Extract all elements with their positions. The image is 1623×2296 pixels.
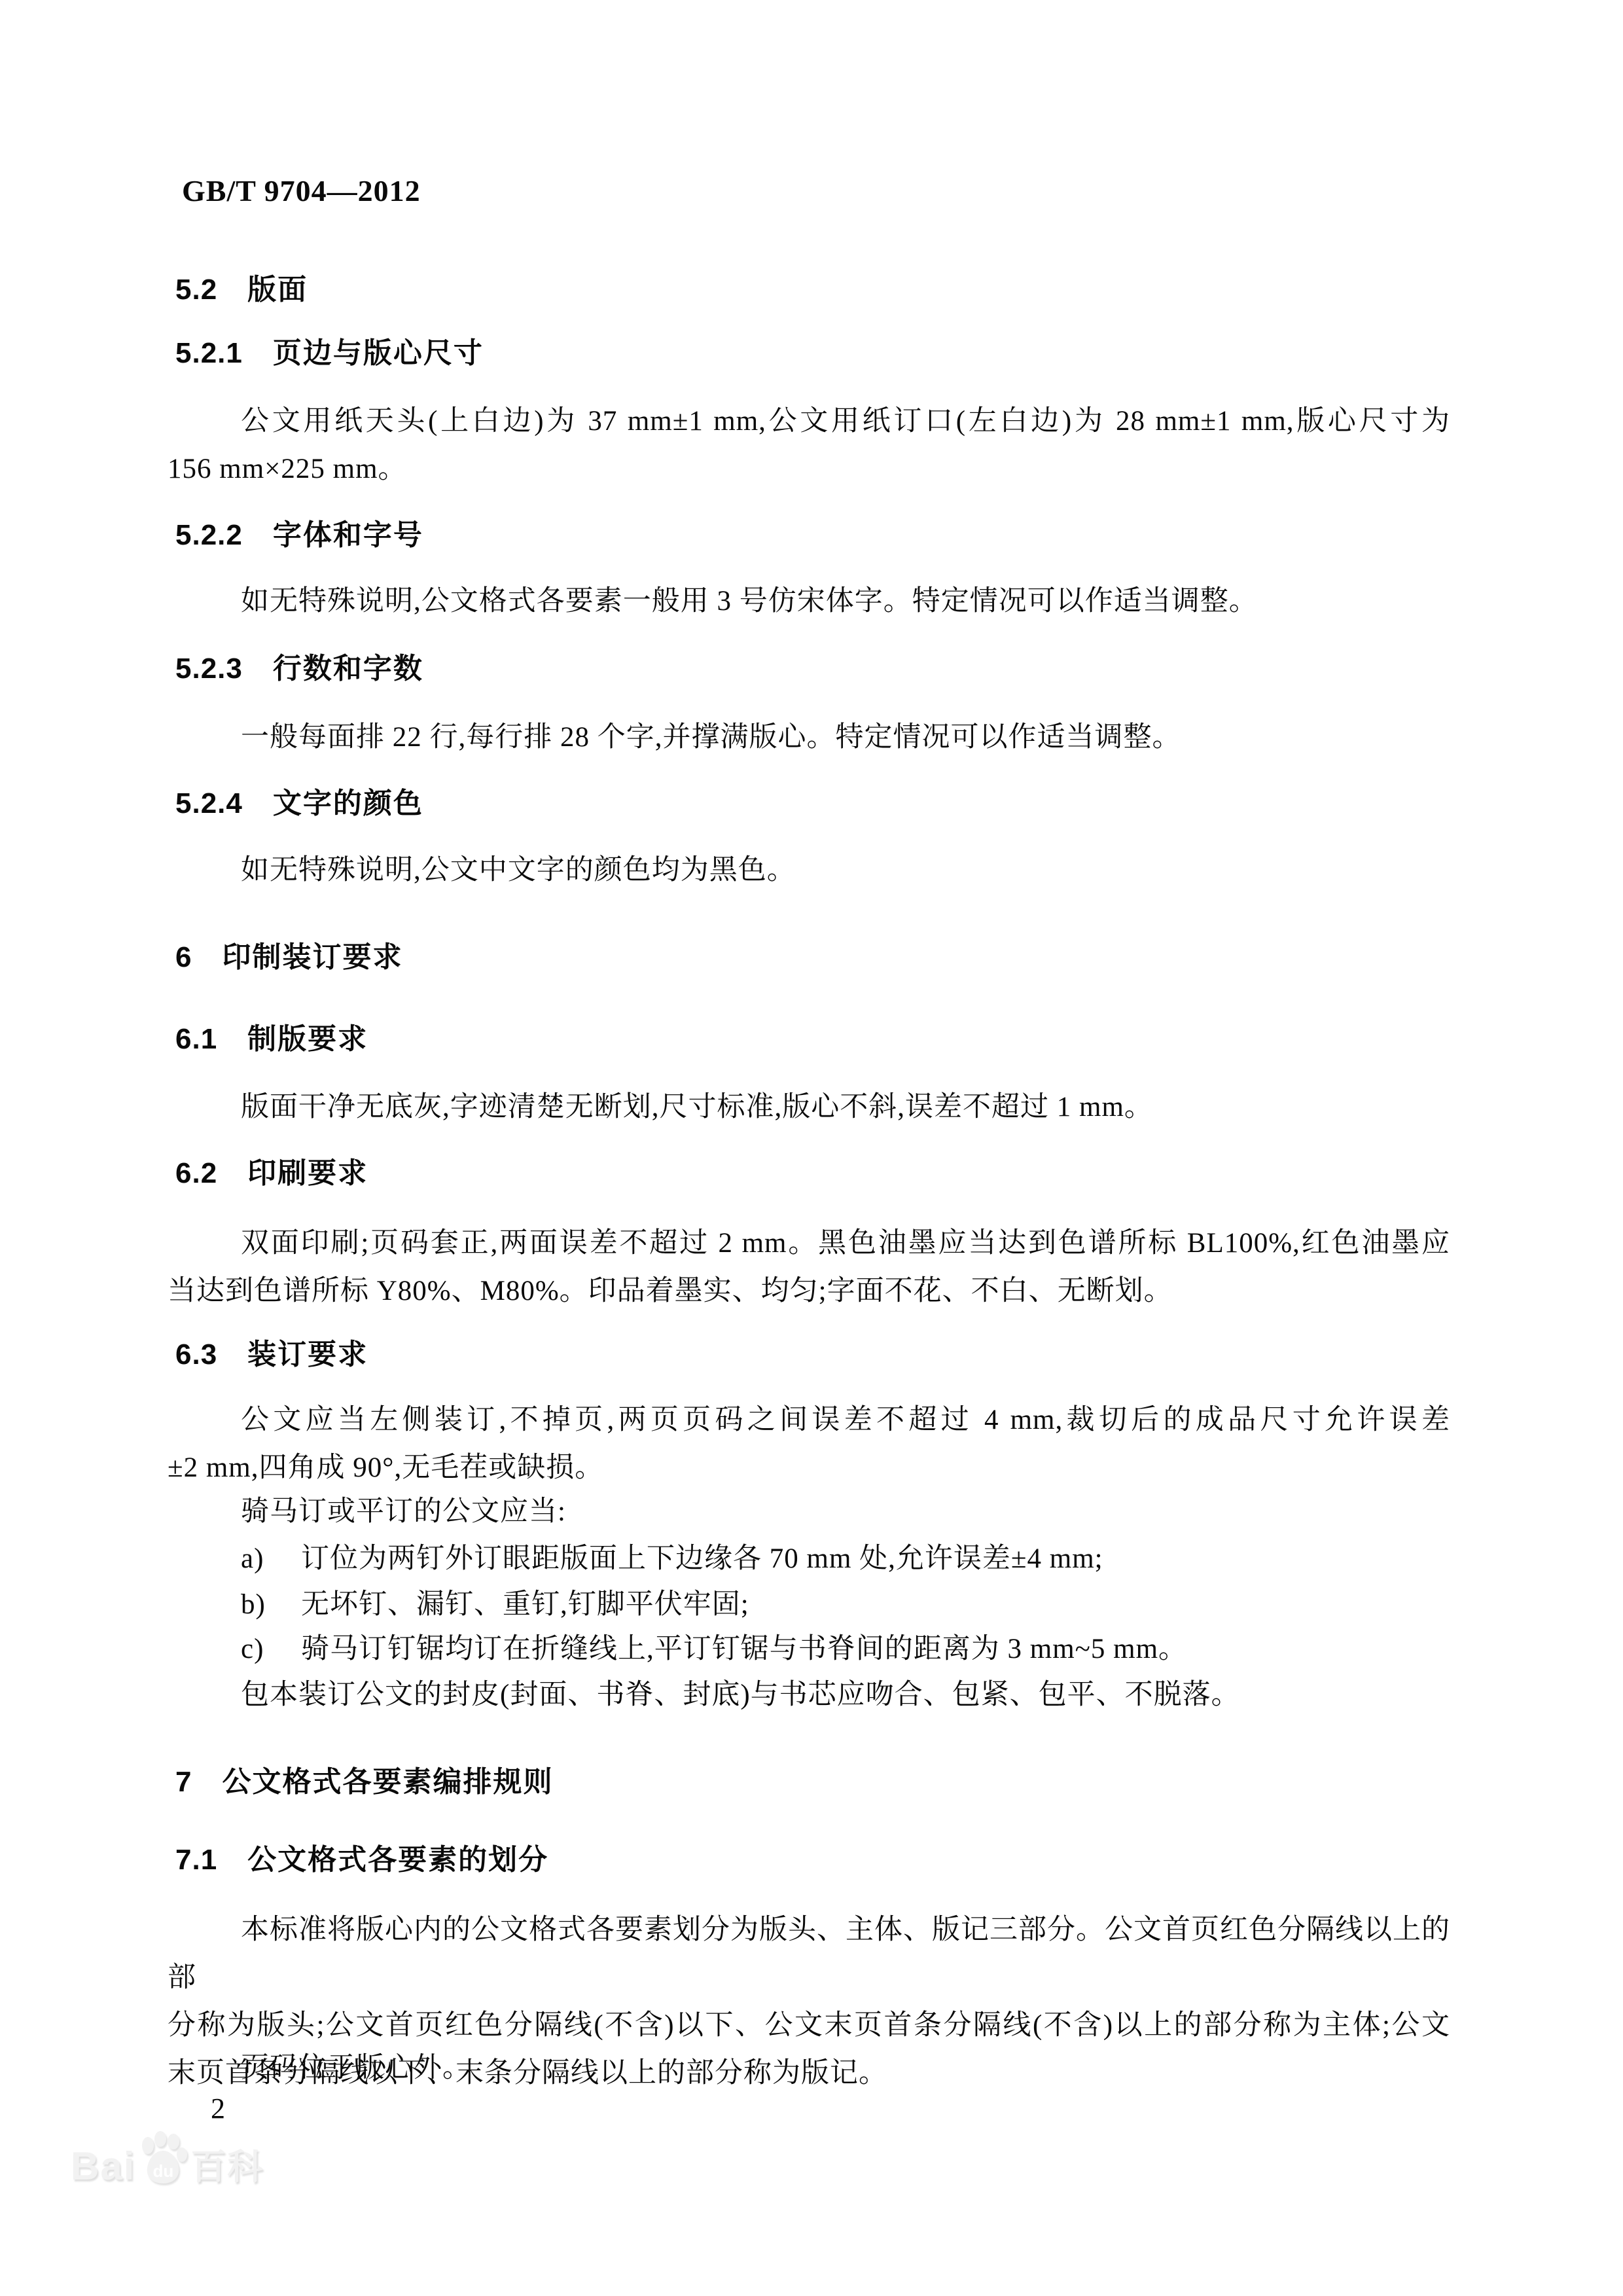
section-heading-5-2-3: 5.2.3行数和字数 bbox=[175, 649, 423, 689]
section-title: 文字的颜色 bbox=[273, 787, 423, 819]
paragraph-line: ±2 mm,四角成 90°,无毛茬或缺损。 bbox=[168, 1444, 1450, 1492]
section-number: 5.2.2 bbox=[175, 516, 243, 555]
list-item-text: 订位为两钉外订眼距版面上下边缘各 70 mm 处,允许误差±4 mm; bbox=[301, 1543, 1103, 1574]
list-item-a: a)订位为两钉外订眼距版面上下边缘各 70 mm 处,允许误差±4 mm; bbox=[168, 1535, 1450, 1583]
section-heading-7: 7公文格式各要素编排规则 bbox=[175, 1763, 553, 1802]
paragraph-line: 如无特殊说明,公文格式各要素一般用 3 号仿宋体字。特定情况可以作适当调整。 bbox=[168, 577, 1450, 625]
paragraph-line: 双面印刷;页码套正,两面误差不超过 2 mm。黑色油墨应当达到色谱所标 BL10… bbox=[168, 1219, 1450, 1267]
section-title: 制版要求 bbox=[247, 1023, 368, 1055]
section-title: 字体和字号 bbox=[273, 519, 423, 551]
section-number: 5.2.3 bbox=[175, 649, 243, 689]
paragraph-text-color: 如无特殊说明,公文中文字的颜色均为黑色。 bbox=[168, 846, 1450, 894]
section-title: 版面 bbox=[247, 274, 308, 306]
watermark-latin-text: Bai bbox=[71, 2147, 135, 2186]
section-heading-6: 6印制装订要求 bbox=[175, 938, 402, 977]
paragraph-line: 当达到色谱所标 Y80%、M80%。印品着墨实、均匀;字面不花、不白、无断划。 bbox=[168, 1267, 1450, 1315]
section-number: 7 bbox=[175, 1763, 192, 1802]
section-heading-5-2-2: 5.2.2字体和字号 bbox=[175, 516, 423, 555]
paragraph-line: 一般每面排 22 行,每行排 28 个字,并撑满版心。特定情况可以作适当调整。 bbox=[168, 713, 1450, 761]
section-number: 5.2.1 bbox=[175, 334, 243, 373]
paragraph-line: 页码位于版心外。 bbox=[168, 2044, 1450, 2092]
standard-number-header: GB/T 9704—2012 bbox=[182, 171, 421, 211]
page-number: 2 bbox=[211, 2089, 225, 2128]
section-number: 7.1 bbox=[175, 1840, 217, 1880]
section-heading-7-1: 7.1公文格式各要素的划分 bbox=[175, 1840, 548, 1880]
paragraph-binding-intro: 骑马订或平订的公文应当: bbox=[168, 1488, 1450, 1535]
section-number: 6.3 bbox=[175, 1335, 217, 1374]
paragraph-line: 公文用纸天头(上白边)为 37 mm±1 mm,公文用纸订口(左白边)为 28 … bbox=[168, 397, 1450, 445]
section-number: 6 bbox=[175, 938, 192, 977]
watermark-cjk-text: 百科 bbox=[190, 2149, 264, 2186]
list-item-label: b) bbox=[241, 1581, 301, 1628]
list-item-label: c) bbox=[241, 1625, 301, 1673]
section-heading-6-3: 6.3装订要求 bbox=[175, 1335, 368, 1374]
paragraph-line: 版面干净无底灰,字迹清楚无断划,尺寸标准,版心不斜,误差不超过 1 mm。 bbox=[168, 1083, 1450, 1131]
paragraph-line: 公文应当左侧装订,不掉页,两页页码之间误差不超过 4 mm,裁切后的成品尺寸允许… bbox=[168, 1396, 1450, 1444]
paragraph-page-margins: 公文用纸天头(上白边)为 37 mm±1 mm,公文用纸订口(左白边)为 28 … bbox=[168, 397, 1450, 493]
paragraph-lines-and-chars: 一般每面排 22 行,每行排 28 个字,并撑满版心。特定情况可以作适当调整。 bbox=[168, 713, 1450, 761]
paragraph-platemaking: 版面干净无底灰,字迹清楚无断划,尺寸标准,版心不斜,误差不超过 1 mm。 bbox=[168, 1083, 1450, 1131]
section-title: 行数和字数 bbox=[273, 653, 423, 685]
paragraph-line: 包本装订公文的封皮(封面、书脊、封底)与书芯应吻合、包紧、包平、不脱落。 bbox=[168, 1671, 1450, 1719]
paragraph-line: 分称为版头;公文首页红色分隔线(不含)以下、公文末页首条分隔线(不含)以上的部分… bbox=[168, 2001, 1450, 2049]
section-heading-6-1: 6.1制版要求 bbox=[175, 1020, 368, 1059]
paragraph-binding: 公文应当左侧装订,不掉页,两页页码之间误差不超过 4 mm,裁切后的成品尺寸允许… bbox=[168, 1396, 1450, 1492]
watermark-du-text: du bbox=[152, 2162, 173, 2179]
baidu-baike-watermark: Bai du 百科 bbox=[71, 2131, 264, 2186]
section-heading-5-2-1: 5.2.1页边与版心尺寸 bbox=[175, 334, 484, 373]
paragraph-cover-binding: 包本装订公文的封皮(封面、书脊、封底)与书芯应吻合、包紧、包平、不脱落。 bbox=[168, 1671, 1450, 1719]
section-number: 5.2.4 bbox=[175, 784, 243, 823]
paragraph-line: 156 mm×225 mm。 bbox=[168, 445, 1450, 493]
paragraph-printing: 双面印刷;页码套正,两面误差不超过 2 mm。黑色油墨应当达到色谱所标 BL10… bbox=[168, 1219, 1450, 1315]
section-number: 5.2 bbox=[175, 270, 217, 310]
section-number: 6.1 bbox=[175, 1020, 217, 1059]
section-heading-6-2: 6.2印刷要求 bbox=[175, 1154, 368, 1193]
baidu-paw-icon: du bbox=[137, 2131, 189, 2186]
document-page: GB/T 9704—2012 5.2版面 5.2.1页边与版心尺寸 公文用纸天头… bbox=[0, 0, 1623, 2296]
list-item-c: c)骑马订钉锯均订在折缝线上,平订钉锯与书脊间的距离为 3 mm~5 mm。 bbox=[168, 1625, 1450, 1673]
paragraph-font-and-size: 如无特殊说明,公文格式各要素一般用 3 号仿宋体字。特定情况可以作适当调整。 bbox=[168, 577, 1450, 625]
section-title: 页边与版心尺寸 bbox=[273, 337, 484, 369]
paragraph-line: 本标准将版心内的公文格式各要素划分为版头、主体、版记三部分。公文首页红色分隔线以… bbox=[168, 1906, 1450, 2001]
section-heading-5-2-4: 5.2.4文字的颜色 bbox=[175, 784, 423, 823]
paragraph-page-number-note: 页码位于版心外。 bbox=[168, 2044, 1450, 2092]
list-item-text: 无坏钉、漏钉、重钉,钉脚平伏牢固; bbox=[301, 1589, 749, 1620]
section-title: 印刷要求 bbox=[247, 1157, 368, 1189]
paragraph-line: 如无特殊说明,公文中文字的颜色均为黑色。 bbox=[168, 846, 1450, 894]
list-item-label: a) bbox=[241, 1535, 301, 1583]
list-item-b: b)无坏钉、漏钉、重钉,钉脚平伏牢固; bbox=[168, 1581, 1450, 1628]
section-heading-5-2: 5.2版面 bbox=[175, 270, 308, 310]
list-item-text: 骑马订钉锯均订在折缝线上,平订钉锯与书脊间的距离为 3 mm~5 mm。 bbox=[301, 1634, 1187, 1664]
section-title: 公文格式各要素的划分 bbox=[247, 1844, 548, 1876]
section-title: 装订要求 bbox=[247, 1338, 368, 1371]
paragraph-line: 骑马订或平订的公文应当: bbox=[168, 1488, 1450, 1535]
section-number: 6.2 bbox=[175, 1154, 217, 1193]
section-title: 公文格式各要素编排规则 bbox=[222, 1766, 553, 1798]
section-title: 印制装订要求 bbox=[222, 941, 402, 973]
